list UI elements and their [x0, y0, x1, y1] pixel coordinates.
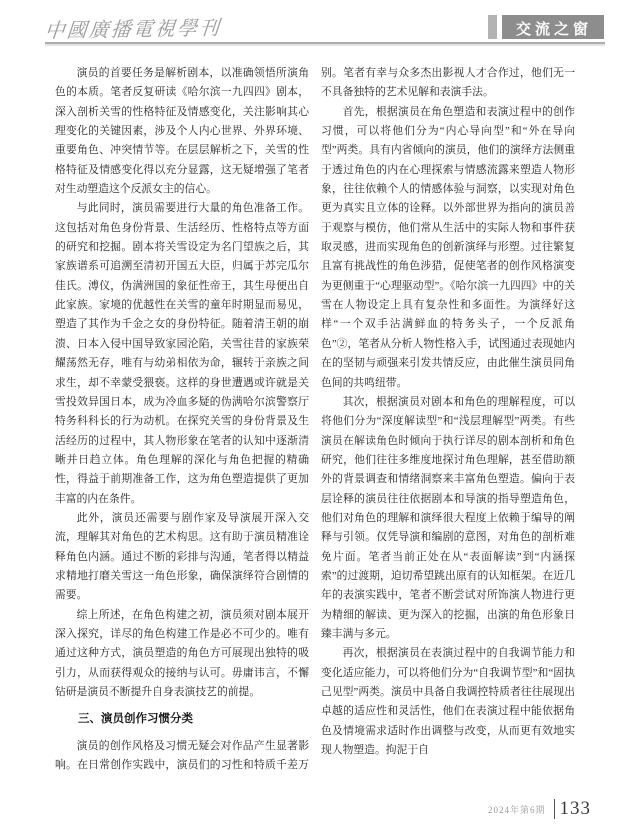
paragraph-role-preparation: 与此同时，演员需要进行大量的角色准备工作。这包括对角色身份背景、生活经历、性格特…: [55, 199, 309, 509]
header-divider: [45, 42, 605, 44]
issue-label: 2024年第6期: [488, 803, 546, 816]
section-heading: 三、演员创作习惯分类: [55, 710, 309, 729]
page-footer: 2024年第6期 133: [488, 796, 591, 822]
paragraph-self-adjusting-type: 再次，根据演员在表演过程中的自我调节能力和变化适应能力，可以将他们分为“自我调节…: [321, 644, 575, 760]
column-badge: 交流之窗: [502, 15, 604, 39]
paragraph-summary: 综上所述，在角色构建之初，演员须对剧本展开深入探究，详尽的角色构建工作是必不可少…: [55, 606, 309, 703]
column-badge-group: 交流之窗: [488, 15, 604, 39]
article-body: 演员的首要任务是解析剧本，以准确领悟所演角色的本质。笔者反复研读《哈尔滨一九四四…: [55, 64, 575, 808]
page-header: 中國廣播電視學刊 交流之窗: [45, 12, 604, 42]
paragraph-director-communication: 此外，演员还需要与剧作家及导演展开深入交流，理解其对角色的艺术构思。这有助于演员…: [55, 509, 309, 606]
journal-page: 中國廣播電視學刊 交流之窗 演员的首要任务是解析剧本，以准确领悟所演角色的本质。…: [0, 0, 624, 827]
paragraph-deep-vs-shallow-type: 其次，根据演员对剧本和角色的理解程度，可以将他们分为“深度解读型”和“浅层理解型…: [321, 393, 575, 644]
badge-marker-bar: [488, 15, 497, 39]
paragraph-role-analysis: 演员的首要任务是解析剧本，以准确领悟所演角色的本质。笔者反复研读《哈尔滨一九四四…: [55, 64, 309, 199]
paragraph-inner-vs-outer-type: 首先，根据演员在角色塑造和表演过程中的创作习惯，可以将他们分为“内心导向型”和“…: [321, 103, 575, 393]
page-number: 133: [560, 798, 592, 820]
journal-logo: 中國廣播電視學刊: [44, 11, 223, 43]
footer-divider: [554, 799, 555, 819]
